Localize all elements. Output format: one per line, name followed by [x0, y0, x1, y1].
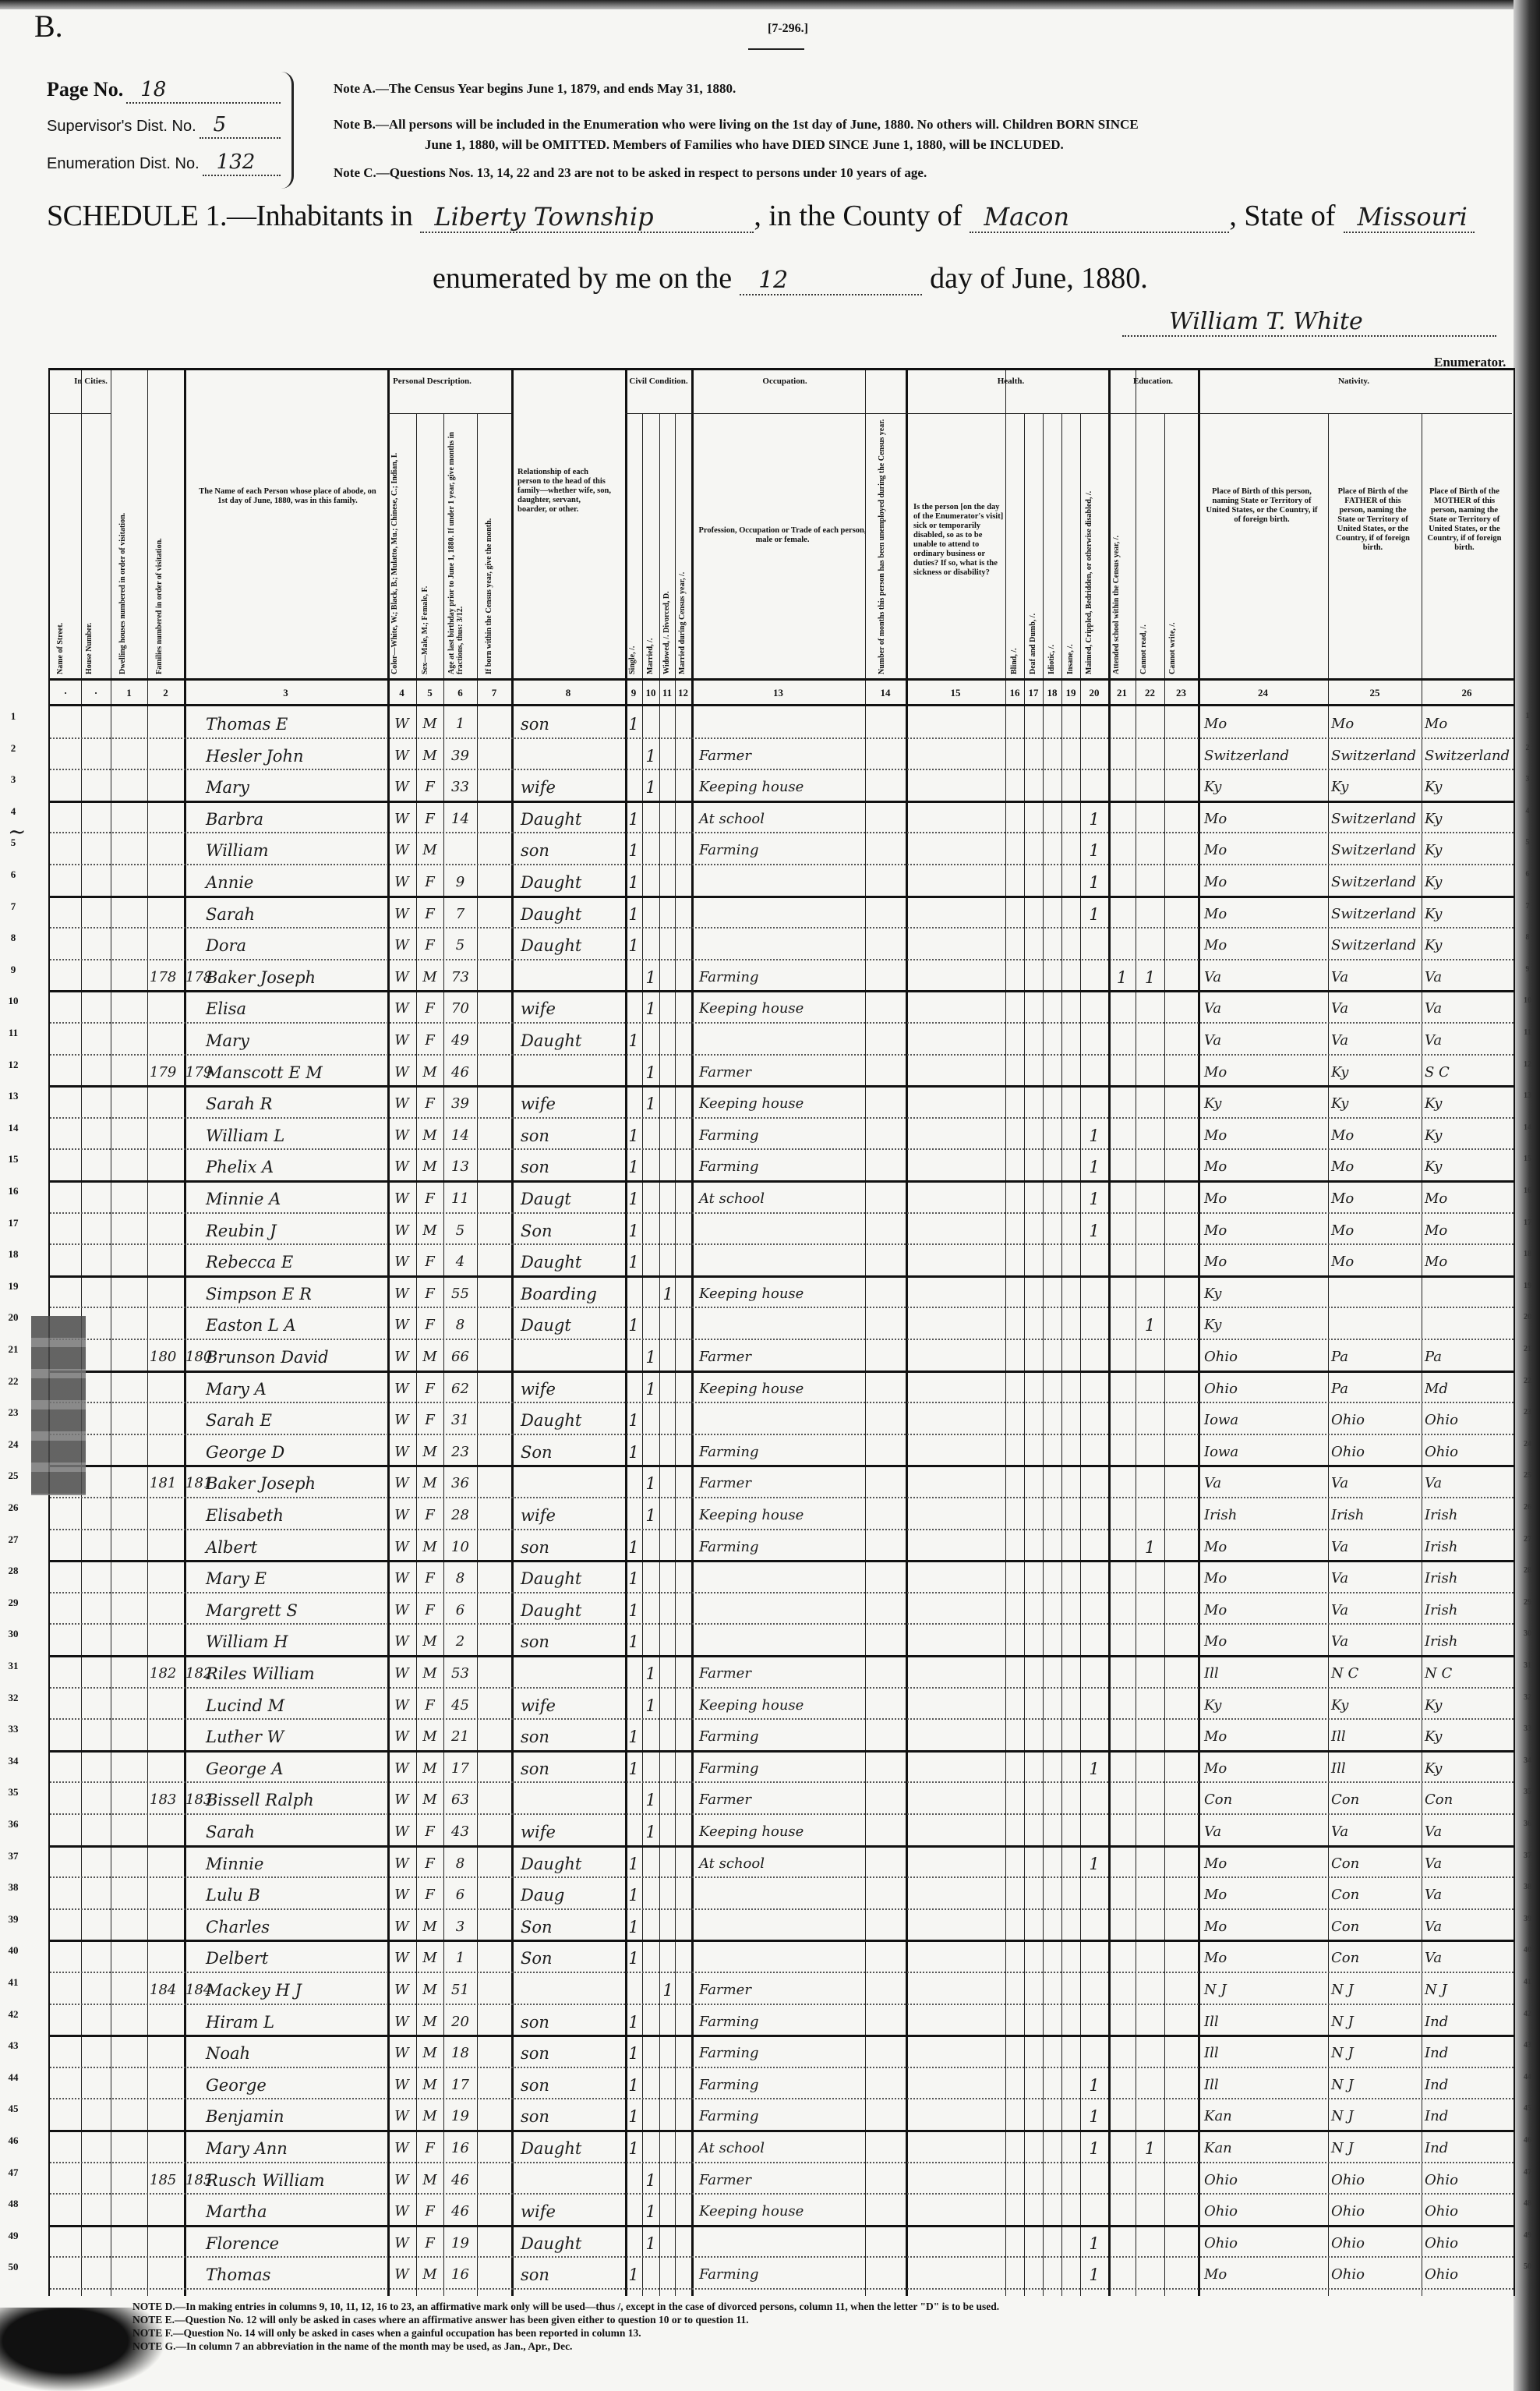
schedule-title: SCHEDULE 1.—Inhabitants in [47, 199, 412, 233]
row-number-right: 13 [1518, 1091, 1537, 1100]
row-number: 30 [2, 1628, 25, 1640]
row-number-right: 21 [1518, 1345, 1537, 1353]
birthplace-value: Mo [1204, 905, 1227, 924]
table-row[interactable]: ThomasWM16son1Farming1MoOhioOhio5050 [50, 2258, 1514, 2290]
single-mark: 1 [625, 2139, 642, 2158]
header-cannot-read: Cannot read, /. [1139, 550, 1153, 674]
person-name: Rusch William [206, 2171, 325, 2190]
table-row[interactable]: Hesler JohnWM391FarmerSwitzerlandSwitzer… [50, 739, 1514, 771]
table-row[interactable]: ElisabethWF28wife1Keeping houseIrishIris… [50, 1498, 1514, 1530]
county-label: , in the County of [754, 199, 962, 233]
age-value: 5 [443, 1222, 477, 1240]
mother-birthplace-value: Ohio [1425, 2202, 1458, 2221]
row-number-right: 6 [1518, 870, 1537, 879]
table-row[interactable]: 181181Baker JosephWM361FarmerVaVaVa2525 [50, 1466, 1514, 1498]
dwelling-number: 182 [150, 1664, 176, 1683]
person-name: Albert [206, 1538, 257, 1557]
birthplace-value: Mo [1204, 1760, 1227, 1778]
mother-birthplace-value: Mo [1425, 715, 1447, 734]
row-number: 14 [2, 1122, 25, 1134]
table-row[interactable]: Phelix AWM13son1Farming1MoMoKy1515 [50, 1150, 1514, 1182]
header-maimed: Maimed, Crippled, Bedridden, or otherwis… [1085, 401, 1099, 674]
header-insane: Insane, /. [1066, 565, 1080, 674]
sex-value: F [416, 1569, 443, 1588]
row-number: 22 [2, 1375, 25, 1388]
row-number-right: 14 [1518, 1123, 1537, 1132]
age-value: 43 [443, 1823, 477, 1841]
table-row[interactable]: Sarah RWF39wife1Keeping houseKyKyKy1313 [50, 1087, 1514, 1119]
color-value: W [387, 1285, 416, 1303]
father-birthplace-value: Switzerland [1331, 747, 1416, 766]
attended-school-mark: 1 [1080, 1190, 1108, 1208]
row-number: 45 [2, 2103, 25, 2115]
mother-birthplace-value: Irish [1425, 1601, 1457, 1620]
column-number: 25 [1359, 687, 1390, 699]
table-row[interactable]: 182182Riles WilliamWM531FarmerIllN CN C3… [50, 1657, 1514, 1689]
age-value: 16 [443, 2139, 477, 2158]
occupation-value: Farmer [699, 1063, 751, 1082]
occupation-value: Farmer [699, 2171, 751, 2190]
column-number: 8 [553, 687, 584, 699]
sex-value: M [416, 747, 443, 766]
father-birthplace-value: Switzerland [1331, 810, 1416, 829]
person-name: Thomas E [206, 715, 288, 734]
table-row[interactable]: FlorenceWF19Daught11OhioOhioOhio4949 [50, 2227, 1514, 2258]
sex-value: F [416, 999, 443, 1018]
row-number: 20 [2, 1311, 25, 1324]
district-info: Page No. 18 Supervisor's Dist. No. 5 Enu… [47, 78, 281, 190]
single-mark: 1 [625, 905, 642, 924]
father-birthplace-value: Ohio [1331, 2202, 1365, 2221]
father-birthplace-value: Va [1331, 968, 1348, 987]
widowed-mark: 1 [659, 1981, 676, 2000]
age-value: 4 [443, 1253, 477, 1272]
table-row[interactable]: MinnieWF8Daught1At school1MoConVa3737 [50, 1847, 1514, 1879]
single-mark: 1 [625, 1886, 642, 1905]
occupation-value: Keeping house [699, 1823, 804, 1841]
sex-value: M [416, 1664, 443, 1683]
married-mark: 1 [642, 1095, 659, 1113]
birthplace-value: Ky [1204, 778, 1221, 797]
color-value: W [387, 1063, 416, 1082]
married-mark: 1 [642, 1474, 659, 1493]
row-number: 3 [2, 773, 25, 786]
table-row[interactable]: NoahWM18son1FarmingIllN JInd4343 [50, 2036, 1514, 2068]
sex-value: F [416, 1506, 443, 1525]
brace-divider [281, 72, 294, 189]
row-number-right: 42 [1518, 2010, 1537, 2018]
note-c: Note C.—Questions Nos. 13, 14, 22 and 23… [334, 165, 927, 181]
married-mark: 1 [642, 778, 659, 797]
age-value: 62 [443, 1380, 477, 1399]
sex-value: F [416, 1316, 443, 1335]
color-value: W [387, 1981, 416, 2000]
row-number-right: 47 [1518, 2168, 1537, 2177]
header-dwelling: Dwelling houses numbered in order of vis… [118, 417, 136, 674]
father-birthplace-value: Va [1331, 1601, 1348, 1620]
row-number: 8 [2, 932, 25, 944]
sex-value: M [416, 1632, 443, 1651]
person-name: Sarah R [206, 1095, 272, 1113]
row-number: 7 [2, 900, 25, 913]
father-birthplace-value: N J [1331, 2107, 1354, 2126]
mother-birthplace-value: Ohio [1425, 2234, 1458, 2253]
person-name: George A [206, 1760, 284, 1778]
birthplace-value: Mo [1204, 1918, 1227, 1936]
table-row[interactable]: SarahWF43wife1Keeping houseVaVaVa3636 [50, 1815, 1514, 1847]
birthplace-value: Mo [1204, 1253, 1227, 1272]
mother-birthplace-value: Ohio [1425, 2171, 1458, 2190]
father-birthplace-value: Ky [1331, 1095, 1348, 1113]
table-row[interactable]: 184184Mackey H JWM511FarmerN JN JN J4141 [50, 1973, 1514, 2005]
mother-birthplace-value: Ohio [1425, 1443, 1458, 1462]
header-sickness: Is the person [on the day of the Enumera… [913, 503, 1005, 578]
person-name: Brunson David [206, 1348, 329, 1367]
color-value: W [387, 2202, 416, 2221]
census-table: In Cities. Personal Description. Civil C… [48, 368, 1515, 2296]
table-row[interactable]: Sarah EWF31Daught1IowaOhioOhio2323 [50, 1403, 1514, 1435]
birthplace-value: Mo [1204, 1063, 1227, 1082]
column-number: 2 [150, 687, 182, 699]
table-row[interactable]: 183183Bissell RalphWM631FarmerConConCon3… [50, 1783, 1514, 1815]
page-top-edge [0, 0, 1540, 9]
occupation-value: Farming [699, 1760, 759, 1778]
relationship-value: Daugt [521, 1190, 571, 1208]
group-header-rule [1198, 413, 1512, 414]
sex-value: F [416, 778, 443, 797]
column-number: 7 [479, 687, 510, 699]
person-name: Margrett S [206, 1601, 298, 1620]
color-value: W [387, 1031, 416, 1050]
attended-school-mark: 1 [1080, 841, 1108, 860]
sex-value: M [416, 2076, 443, 2095]
table-row[interactable]: Simpson E RWF55Boarding1Keeping houseKy1… [50, 1277, 1514, 1309]
footnotes: NOTE D.—In making entries in columns 9, … [132, 2300, 1457, 2353]
birthplace-value: Va [1204, 999, 1221, 1018]
color-value: W [387, 2265, 416, 2284]
relationship-value: son [521, 2013, 549, 2032]
relationship-value: son [521, 1760, 549, 1778]
person-name: Elisa [206, 999, 246, 1018]
table-row[interactable]: BenjaminWM19son1Farming1KanN JInd4545 [50, 2099, 1514, 2131]
cannot-write-mark: 1 [1136, 1316, 1164, 1335]
dwelling-number: 184 [150, 1981, 176, 2000]
row-number: 18 [2, 1248, 25, 1261]
person-name: Hiram L [206, 2013, 274, 2032]
person-name: Baker Joseph [206, 968, 316, 987]
sex-value: F [416, 1253, 443, 1272]
row-number-right: 3 [1518, 775, 1537, 783]
sex-value: F [416, 810, 443, 829]
mother-birthplace-value: Ohio [1425, 1411, 1458, 1430]
relationship-value: wife [521, 1380, 556, 1399]
sex-value: M [416, 2107, 443, 2126]
table-row[interactable]: Margrett SWF6Daught1MoVaIrish2929 [50, 1593, 1514, 1625]
married-mark: 1 [642, 999, 659, 1018]
margin-mark: ~ [8, 819, 26, 844]
header-rule [50, 704, 1514, 706]
color-value: W [387, 2234, 416, 2253]
row-number-right: 36 [1518, 1820, 1537, 1828]
person-name: Barbra [206, 810, 263, 829]
row-number-right: 41 [1518, 1978, 1537, 1986]
occupation-value: Farming [699, 1728, 759, 1746]
mother-birthplace-value: Va [1425, 1855, 1442, 1873]
table-row[interactable]: CharlesWM3Son1MoConVa3939 [50, 1910, 1514, 1942]
birthplace-value: Ill [1204, 1664, 1219, 1683]
row-number: 25 [2, 1470, 25, 1482]
sex-value: M [416, 1127, 443, 1145]
color-value: W [387, 1664, 416, 1683]
row-number-right: 17 [1518, 1218, 1537, 1227]
father-birthplace-value: Pa [1331, 1380, 1348, 1399]
row-number: 39 [2, 1913, 25, 1926]
relationship-value: wife [521, 1696, 556, 1715]
dwelling-number: 178 [150, 968, 176, 987]
table-row[interactable]: Mary AWF62wife1Keeping houseOhioPaMd2222 [50, 1372, 1514, 1404]
relationship-value: Son [521, 1949, 553, 1968]
column-number: 20 [1079, 687, 1110, 699]
occupation-value: Keeping house [699, 1285, 804, 1303]
mother-birthplace-value: N C [1425, 1664, 1452, 1683]
header-father-birthplace: Place of Birth of the FATHER of this per… [1332, 487, 1414, 553]
age-value: 9 [443, 873, 477, 892]
color-value: W [387, 2013, 416, 2032]
table-row[interactable]: WilliamWMson1Farming1MoSwitzerlandKy55 [50, 833, 1514, 865]
table-row[interactable]: GeorgeWM17son1Farming1IllN JInd4444 [50, 2068, 1514, 2100]
occupation-value: Farmer [699, 747, 751, 766]
thumb-smudge [0, 2308, 164, 2391]
dwelling-number: 180 [150, 1348, 176, 1367]
table-row[interactable]: ElisaWF70wife1Keeping houseVaVaVa1010 [50, 992, 1514, 1024]
header-name: The Name of each Person whose place of a… [194, 487, 381, 506]
header-cannot-write: Cannot write, /. [1168, 550, 1182, 674]
mother-birthplace-value: Irish [1425, 1538, 1457, 1557]
relationship-value: son [521, 2265, 549, 2284]
age-value: 3 [443, 1918, 477, 1936]
age-value: 1 [443, 1949, 477, 1968]
table-row[interactable]: DelbertWM1Son1MoConVa4040 [50, 1941, 1514, 1973]
row-number: 32 [2, 1692, 25, 1704]
sex-value: M [416, 2044, 443, 2063]
father-birthplace-value: Ohio [1331, 2234, 1365, 2253]
person-name: Benjamin [206, 2107, 284, 2126]
color-value: W [387, 1791, 416, 1809]
table-row[interactable]: Minnie AWF11Daugt1At school1MoMoMo1616 [50, 1182, 1514, 1214]
person-name: William H [206, 1632, 288, 1651]
mother-birthplace-value: Ky [1425, 1127, 1442, 1145]
color-value: W [387, 936, 416, 955]
occupation-value: Keeping house [699, 1380, 804, 1399]
note-b-line2: June 1, 1880, will be OMITTED. Members o… [425, 137, 1064, 153]
row-number: 35 [2, 1786, 25, 1799]
father-birthplace-value: Ohio [1331, 2265, 1365, 2284]
row-number: 36 [2, 1818, 25, 1830]
attended-school-mark: 1 [1080, 2265, 1108, 2284]
table-row[interactable]: MaryWF33wife1Keeping houseKyKyKy33 [50, 770, 1514, 802]
sex-value: F [416, 2202, 443, 2221]
row-number: 49 [2, 2230, 25, 2242]
attended-school-mark: 1 [1080, 1855, 1108, 1873]
row-number-right: 32 [1518, 1693, 1537, 1702]
occupation-value: Keeping house [699, 2202, 804, 2221]
mother-birthplace-value: Ind [1425, 2139, 1448, 2158]
relationship-value: son [521, 1632, 549, 1651]
color-value: W [387, 1728, 416, 1746]
father-birthplace-value: Ill [1331, 1728, 1346, 1746]
birthplace-value: Iowa [1204, 1443, 1238, 1462]
row-number-right: 33 [1518, 1724, 1537, 1733]
occupation-value: Keeping house [699, 999, 804, 1018]
color-value: W [387, 1569, 416, 1588]
attended-school-mark: 1 [1080, 1760, 1108, 1778]
form-code: [7-296.] [768, 22, 808, 36]
person-name: Annie [206, 873, 253, 892]
table-row[interactable]: MarthaWF46wife1Keeping houseOhioOhioOhio… [50, 2195, 1514, 2227]
sex-value: M [416, 1538, 443, 1557]
footnote-f: NOTE F.—Question No. 14 will only be ask… [132, 2326, 1457, 2340]
row-number: 13 [2, 1090, 25, 1102]
mother-birthplace-value: Va [1425, 1918, 1442, 1936]
row-number: 34 [2, 1755, 25, 1767]
father-birthplace-value: Con [1331, 1791, 1359, 1809]
column-number: 14 [870, 687, 901, 699]
mother-birthplace-value: Ind [1425, 2107, 1448, 2126]
header-blind: Blind, /. [1010, 565, 1024, 674]
mother-birthplace-value: Ky [1425, 841, 1442, 860]
person-name: Mary Ann [206, 2139, 288, 2158]
mother-birthplace-value: Mo [1425, 1222, 1447, 1240]
person-name: Delbert [206, 1949, 268, 1968]
schedule-title-line: SCHEDULE 1.—Inhabitants in Liberty Towns… [47, 199, 1475, 233]
age-value: 33 [443, 778, 477, 797]
table-row[interactable]: AlbertWM10son1Farming1MoVaIrish2727 [50, 1530, 1514, 1562]
table-row[interactable]: AnnieWF9Daught11MoSwitzerlandKy66 [50, 865, 1514, 897]
father-birthplace-value: Con [1331, 1918, 1359, 1936]
mother-birthplace-value: Va [1425, 1823, 1442, 1841]
row-number: 44 [2, 2071, 25, 2084]
enumeration-date-line: enumerated by me on the 12 day of June, … [433, 261, 1148, 295]
header-age: Age at last birthday prior to June 1, 18… [447, 401, 471, 674]
occupation-value: At school [699, 810, 765, 829]
relationship-value: son [521, 715, 549, 734]
single-mark: 1 [625, 1222, 642, 1240]
color-value: W [387, 2171, 416, 2190]
age-value: 8 [443, 1569, 477, 1588]
row-number: 15 [2, 1153, 25, 1165]
table-row[interactable]: Hiram LWM20son1FarmingIllN JInd4242 [50, 2005, 1514, 2037]
table-row[interactable]: George AWM17son1Farming1MoIllKy3434 [50, 1752, 1514, 1784]
father-birthplace-value: Ky [1331, 778, 1348, 797]
row-number-right: 24 [1518, 1440, 1537, 1448]
sex-value: F [416, 1411, 443, 1430]
row-number: 48 [2, 2198, 25, 2210]
age-value: 10 [443, 1538, 477, 1557]
attended-school-mark: 1 [1080, 1158, 1108, 1176]
table-row[interactable]: Lucind MWF45wife1Keeping houseKyKyKy3232 [50, 1689, 1514, 1721]
column-number: 22 [1135, 687, 1166, 699]
occupation-value: Farming [699, 2044, 759, 2063]
table-row[interactable]: BarbraWF14Daught1At school1MoSwitzerland… [50, 802, 1514, 834]
table-row[interactable]: 185185Rusch WilliamWM461FarmerOhioOhioOh… [50, 2163, 1514, 2195]
birthplace-value: Ky [1204, 1285, 1221, 1303]
row-number: 43 [2, 2039, 25, 2052]
occupation-value: Farming [699, 2265, 759, 2284]
enumerated-day-field: 12 [740, 267, 922, 295]
mother-birthplace-value: Mo [1425, 1190, 1447, 1208]
table-row[interactable]: Luther WWM21son1FarmingMoIllKy3333 [50, 1720, 1514, 1752]
father-birthplace-value: Mo [1331, 1253, 1354, 1272]
table-row[interactable]: MaryWF49Daught1VaVaVa1111 [50, 1024, 1514, 1056]
row-number-right: 45 [1518, 2104, 1537, 2113]
row-number-right: 5 [1518, 838, 1537, 847]
attended-school-mark: 1 [1080, 1127, 1108, 1145]
occupation-value: Farming [699, 1538, 759, 1557]
sex-value: M [416, 2013, 443, 2032]
table-row[interactable]: Reubin JWM5Son11MoMoMo1717 [50, 1214, 1514, 1246]
cannot-write-mark: 1 [1136, 968, 1164, 987]
person-name: Thomas [206, 2265, 270, 2284]
row-number-right: 2 [1518, 744, 1537, 752]
table-row[interactable]: Rebecca EWF4Daught1MoMoMo1818 [50, 1245, 1514, 1277]
mother-birthplace-value: Ky [1425, 1696, 1442, 1715]
table-row[interactable]: 178178Baker JosephWM731Farming11VaVaVa99 [50, 960, 1514, 992]
relationship-value: son [521, 841, 549, 860]
supervisor-district-row: Supervisor's Dist. No. 5 [47, 115, 281, 153]
cannot-write-mark: 1 [1136, 1538, 1164, 1557]
mother-birthplace-value: Ky [1425, 1095, 1442, 1113]
county-field: Macon [970, 202, 1229, 233]
table-row[interactable]: DoraWF5Daught1MoSwitzerlandKy88 [50, 928, 1514, 960]
occupation-value: Farming [699, 2076, 759, 2095]
single-mark: 1 [625, 1443, 642, 1462]
father-birthplace-value: Mo [1331, 1127, 1354, 1145]
father-birthplace-value: Mo [1331, 1222, 1354, 1240]
father-birthplace-value: Ohio [1331, 1411, 1365, 1430]
group-health: Health. [906, 377, 1116, 386]
table-row[interactable]: Lulu BWF6Daug1MoConVa3838 [50, 1878, 1514, 1910]
row-number: 11 [2, 1027, 25, 1039]
table-row[interactable]: William LWM14son1Farming1MoMoKy1414 [50, 1119, 1514, 1151]
sex-value: F [416, 2234, 443, 2253]
table-row[interactable]: William HWM2son1MoVaIrish3030 [50, 1625, 1514, 1657]
table-row[interactable]: 180180Brunson DavidWM661FarmerOhioPaPa21… [50, 1340, 1514, 1372]
row-number-right: 1 [1518, 712, 1537, 720]
attended-school-mark: 1 [1080, 2139, 1108, 2158]
father-birthplace-value: Con [1331, 1886, 1359, 1905]
relationship-value: Daug [521, 1886, 564, 1905]
married-mark: 1 [642, 1380, 659, 1399]
table-row[interactable]: SarahWF7Daught11MoSwitzerlandKy77 [50, 897, 1514, 929]
birthplace-value: Irish [1204, 1506, 1237, 1525]
group-header-rule [387, 413, 511, 414]
footnote-g: NOTE G.—In column 7 an abbreviation in t… [132, 2340, 1457, 2353]
table-row[interactable]: George DWM23Son1FarmingIowaOhioOhio2424 [50, 1435, 1514, 1467]
table-row[interactable]: Mary AnnWF16Daught1At school11KanN JInd4… [50, 2131, 1514, 2163]
table-row[interactable]: Mary EWF8Daught1MoVaIrish2828 [50, 1562, 1514, 1593]
color-value: W [387, 1253, 416, 1272]
mother-birthplace-value: Md [1425, 1380, 1448, 1399]
father-birthplace-value: Ill [1331, 1760, 1346, 1778]
color-value: W [387, 1632, 416, 1651]
person-name: Lulu B [206, 1886, 260, 1905]
table-row[interactable]: Thomas EWM1son1MoMoMo11 [50, 707, 1514, 739]
birthplace-value: Mo [1204, 1158, 1227, 1176]
row-number-right: 18 [1518, 1250, 1537, 1258]
age-value: 1 [443, 715, 477, 734]
table-row[interactable]: 179179Manscott E MWM461FarmerMoKyS C1212 [50, 1056, 1514, 1088]
table-row[interactable]: Easton L AWF8Daugt11Ky2020 [50, 1308, 1514, 1340]
